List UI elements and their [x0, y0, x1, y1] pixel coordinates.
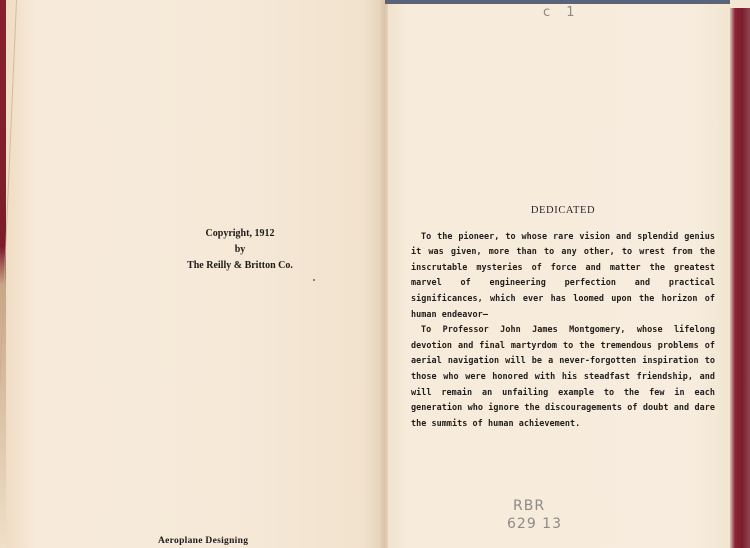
copyright-by: by — [160, 242, 320, 258]
copyright-year: Copyright, 1912 — [160, 226, 320, 242]
dedication-paragraph: To the pioneer, to whose rare vision and… — [411, 229, 715, 323]
dedication-heading: DEDICATED — [411, 203, 715, 219]
copyright-notice: Copyright, 1912 by The Reilly & Britton … — [160, 226, 320, 274]
handwritten-copy-mark: c 1 — [543, 5, 581, 20]
dedication-block: DEDICATED To the pioneer, to whose rare … — [411, 203, 715, 431]
handwritten-call-prefix: RBR — [513, 498, 545, 514]
running-footer-title: Aeroplane Designing — [158, 536, 248, 546]
copyright-publisher: The Reilly & Britton Co. — [160, 258, 320, 274]
paper-speck — [313, 279, 315, 281]
book-cover-right — [730, 8, 750, 548]
handwritten-call-number: 629 13 — [507, 516, 562, 532]
open-book: Copyright, 1912 by The Reilly & Britton … — [0, 0, 750, 548]
dedication-paragraph: To Professor John James Montgomery, whos… — [411, 322, 715, 431]
left-page — [6, 0, 386, 548]
